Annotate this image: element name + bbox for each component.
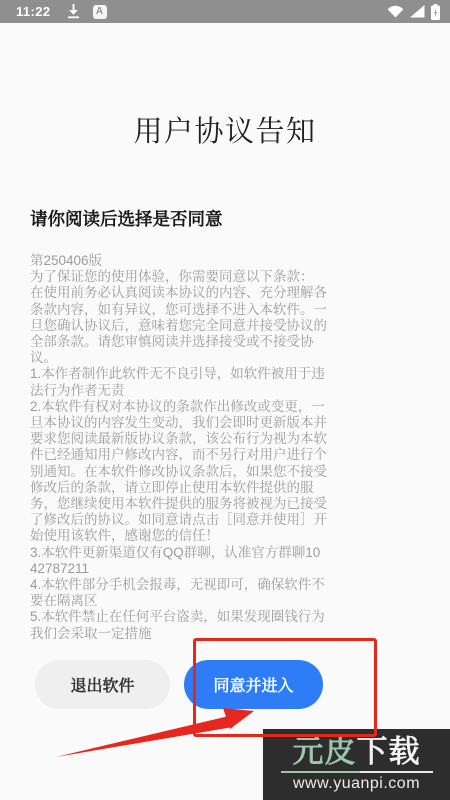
watermark-url: www.yuanpi.com bbox=[293, 775, 420, 793]
watermark-brand-white: 下载 bbox=[357, 734, 421, 769]
status-bar: 11:22 A bbox=[0, 0, 450, 23]
watermark-divider bbox=[281, 771, 433, 773]
watermark-brand-green: 元皮 bbox=[293, 734, 357, 769]
agreement-dialog: 用户协议告知 请你阅读后选择是否同意 第250406版 为了保证您的使用体验，你… bbox=[0, 109, 450, 642]
pointer-arrow-annotation bbox=[40, 700, 270, 770]
battery-charging-icon bbox=[431, 4, 440, 20]
clock-time: 11:22 bbox=[16, 4, 51, 19]
site-watermark: 元皮下载 www.yuanpi.com bbox=[263, 729, 450, 800]
agreement-body-text: 第250406版 为了保证您的使用体验，你需要同意以下条款： 在使用前务必认真阅… bbox=[30, 253, 327, 642]
exit-button[interactable]: 退出软件 bbox=[35, 660, 170, 709]
dialog-title: 用户协议告知 bbox=[0, 109, 450, 150]
watermark-brand: 元皮下载 bbox=[293, 736, 421, 769]
wifi-icon bbox=[387, 5, 404, 18]
agree-button[interactable]: 同意并进入 bbox=[184, 660, 323, 709]
letter-a-status-icon: A bbox=[93, 5, 107, 19]
dialog-subtitle: 请你阅读后选择是否同意 bbox=[30, 206, 450, 231]
download-icon bbox=[67, 4, 80, 19]
cellular-signal-icon bbox=[410, 5, 425, 18]
